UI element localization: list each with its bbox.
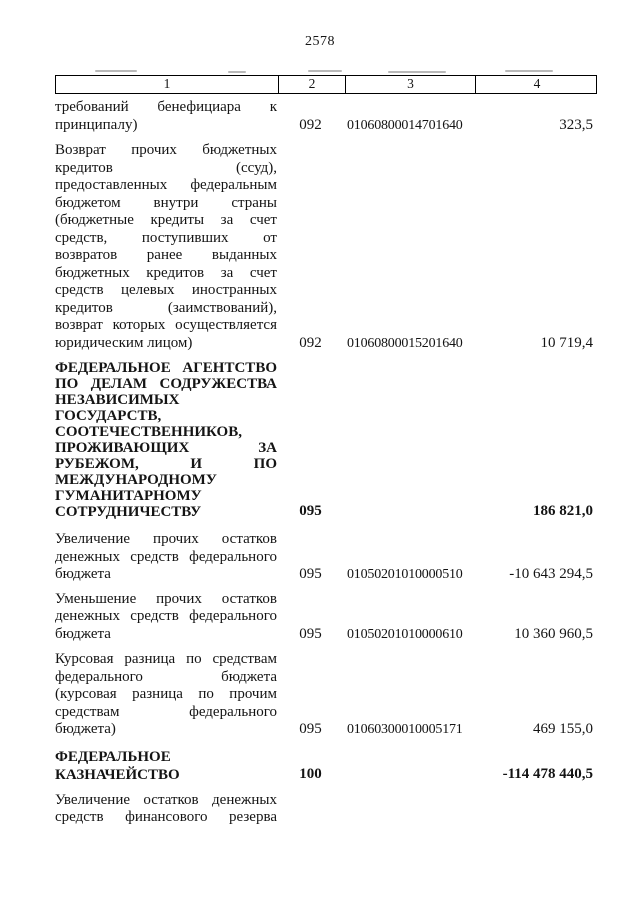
description-cell: ФЕДЕРАЛЬНОЕАГЕНТСТВОПОДЕЛАМСОДРУЖЕСТВАНЕ… (55, 360, 277, 520)
text-line: бюджетомвнутристраны (55, 195, 277, 213)
row-decrease-federal-balances: Уменьшениепрочихостатковденежныхсредствф… (55, 591, 597, 644)
amount-cell: 469 155,0 (474, 721, 597, 739)
text-line: принципалу) (55, 116, 277, 134)
row-increase-federal-balances: Увеличениепрочихостатковденежныхсредствф… (55, 531, 597, 584)
text-line: КАЗНАЧЕЙСТВО (55, 766, 277, 784)
text-line: возвратовранеевыданных (55, 247, 277, 265)
amount-cell: -114 478 440,5 (474, 766, 597, 784)
text-line: средствамфедерального (55, 704, 277, 722)
scan-artifact (228, 71, 246, 73)
admin-code-cell: 100 (277, 766, 344, 784)
text-line: средствфинансовогорезерва (55, 809, 277, 827)
text-line: Уменьшениепрочихостатков (55, 591, 277, 609)
kbk-code-cell: 01060800014701640 (344, 117, 474, 135)
admin-code-cell: 095 (277, 566, 344, 584)
text-line: Возвратпрочихбюджетных (55, 142, 277, 160)
amount-cell: 186 821,0 (474, 503, 597, 521)
amount-cell: 10 719,4 (474, 335, 597, 353)
kbk-code-cell: 01060800015201640 (344, 335, 474, 353)
text-line: кредитов(ссуд), (55, 160, 277, 178)
text-line: ГУМАНИТАРНОМУ (55, 488, 277, 504)
text-line: ГОСУДАРСТВ, (55, 408, 277, 424)
header-col-4: 4 (475, 76, 598, 93)
description-cell: требованийбенефициаракпринципалу) (55, 98, 277, 134)
text-line: возвраткоторыхосуществляется (55, 317, 277, 335)
text-line: ПРОЖИВАЮЩИХЗА (55, 440, 277, 456)
text-line: (курсоваяразницапопрочим (55, 686, 277, 704)
admin-code-cell: 092 (277, 117, 344, 135)
admin-code-cell: 095 (277, 721, 344, 739)
description-cell: Возвратпрочихбюджетныхкредитов(ссуд),пре… (55, 142, 277, 352)
kbk-code-cell: 01050201010000610 (344, 626, 474, 644)
page-number: 2578 (0, 34, 640, 50)
text-line: СОТРУДНИЧЕСТВУ (55, 504, 277, 520)
text-line: ФЕДЕРАЛЬНОЕ (55, 748, 277, 766)
text-line: кредитов(заимствований), (55, 300, 277, 318)
text-line: СООТЕЧЕСТВЕННИКОВ, (55, 424, 277, 440)
text-line: денежныхсредствфедерального (55, 608, 277, 626)
amount-cell: 323,5 (474, 117, 597, 135)
header-col-3: 3 (345, 76, 475, 93)
budget-table: 1 2 3 4 требованийбенефициаракпринципалу… (55, 75, 597, 827)
text-line: (бюджетныекредитызасчет (55, 212, 277, 230)
text-line: Увеличениеостатковденежных (55, 792, 277, 810)
description-cell: Увеличениеостатковденежныхсредствфинансо… (55, 792, 277, 827)
text-line: ПОДЕЛАМСОДРУЖЕСТВА (55, 376, 277, 392)
description-cell: ФЕДЕРАЛЬНОЕКАЗНАЧЕЙСТВО (55, 748, 277, 784)
text-line: бюджета) (55, 721, 277, 739)
description-cell: Курсоваяразницапосредствамфедеральногобю… (55, 651, 277, 739)
text-line: бюджета (55, 626, 277, 644)
text-line: средствцелевыхиностранных (55, 282, 277, 300)
text-line: бюджета (55, 566, 277, 584)
admin-code-cell: 095 (277, 503, 344, 521)
scan-artifact (95, 70, 137, 72)
amount-cell: 10 360 960,5 (474, 626, 597, 644)
text-line: бюджетныхкредитовзасчет (55, 265, 277, 283)
text-line: средств,поступившихот (55, 230, 277, 248)
header-col-2: 2 (278, 76, 345, 93)
scan-artifact (505, 70, 553, 72)
text-line: РУБЕЖОМ,ИПО (55, 456, 277, 472)
row-increase-reserve-balances: Увеличениеостатковденежныхсредствфинансо… (55, 792, 597, 827)
text-line: ФЕДЕРАЛЬНОЕАГЕНТСТВО (55, 360, 277, 376)
row-exchange-difference: Курсоваяразницапосредствамфедеральногобю… (55, 651, 597, 739)
amount-cell: -10 643 294,5 (474, 566, 597, 584)
table-header-row: 1 2 3 4 (55, 75, 597, 94)
description-cell: Увеличениепрочихостатковденежныхсредствф… (55, 531, 277, 584)
admin-code-cell: 095 (277, 626, 344, 644)
text-line: НЕЗАВИСИМЫХ (55, 392, 277, 408)
text-line: требованийбенефициарак (55, 98, 277, 116)
text-line: Увеличениепрочихостатков (55, 531, 277, 549)
kbk-code-cell: 01060300010005171 (344, 721, 474, 739)
text-line: юридическим лицом) (55, 335, 277, 353)
text-line: предоставленныхфедеральным (55, 177, 277, 195)
text-line: денежныхсредствфедерального (55, 549, 277, 567)
admin-code-cell: 092 (277, 335, 344, 353)
row-guarantee-claims: требованийбенефициаракпринципалу)0920106… (55, 98, 597, 134)
description-cell: Уменьшениепрочихостатковденежныхсредствф… (55, 591, 277, 644)
scan-artifact (388, 71, 446, 73)
row-budget-credit-returns: Возвратпрочихбюджетныхкредитов(ссуд),пре… (55, 142, 597, 352)
row-federal-treasury: ФЕДЕРАЛЬНОЕКАЗНАЧЕЙСТВО100-114 478 440,5 (55, 748, 597, 784)
kbk-code-cell: 01050201010000510 (344, 566, 474, 584)
header-col-1: 1 (56, 76, 278, 93)
table-body: требованийбенефициаракпринципалу)0920106… (55, 98, 597, 827)
scan-artifact (308, 70, 342, 72)
row-rossotrudnichestvo: ФЕДЕРАЛЬНОЕАГЕНТСТВОПОДЕЛАМСОДРУЖЕСТВАНЕ… (55, 360, 597, 520)
text-line: МЕЖДУНАРОДНОМУ (55, 472, 277, 488)
document-page: 2578 1 2 3 4 требованийбенефициаракпринц… (0, 0, 640, 905)
text-line: Курсоваяразницапосредствам (55, 651, 277, 669)
text-line: федеральногобюджета (55, 669, 277, 687)
